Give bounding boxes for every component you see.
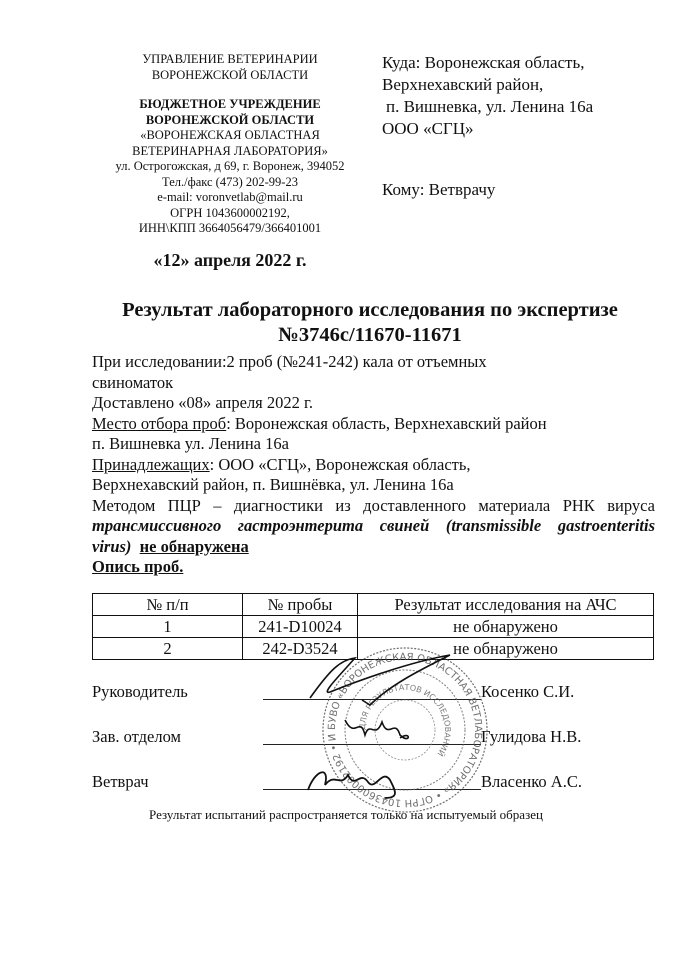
signature-role: Зав. отделом <box>92 727 181 747</box>
sender-email: e-mail: voronvetlab@mail.ru <box>80 190 380 206</box>
signature-vet-icon <box>300 760 410 800</box>
inventory-title: Опись проб. <box>92 557 655 578</box>
method-text: Методом ПЦР – диагностики из доставленно… <box>92 496 655 515</box>
document-body: При исследовании:2 проб (№241-242) кала … <box>92 352 655 578</box>
recipient-line-4: ООО «СГЦ» <box>382 118 593 140</box>
agency-line-2: ВОРОНЕЖСКОЙ ОБЛАСТИ <box>80 68 380 84</box>
signature-role: Руководитель <box>92 682 188 702</box>
recipient-whom: Кому: Ветврачу <box>382 180 495 200</box>
recipient-block: Куда: Воронежская область, Верхнехавский… <box>382 52 593 140</box>
cell-index: 2 <box>93 638 243 660</box>
owner-value-2: Верхнехавский район, п. Вишнёвка, ул. Ле… <box>92 475 454 494</box>
org-line-2: ВОРОНЕЖСКОЙ ОБЛАСТИ <box>80 113 380 129</box>
title-line-2: №3746с/11670-11671 <box>60 323 680 348</box>
header-sample-number: № пробы <box>243 594 358 616</box>
owner-label: Принадлежащих <box>92 455 210 474</box>
header-result: Результат исследования на АЧС <box>358 594 654 616</box>
document-date: «12» апреля 2022 г. <box>80 250 380 271</box>
agency-line-1: УПРАВЛЕНИЕ ВЕТЕРИНАРИИ <box>80 52 380 68</box>
org-line-3: «ВОРОНЕЖСКАЯ ОБЛАСТНАЯ <box>80 128 380 144</box>
sender-address: ул. Острогожская, д 69, г. Воронеж, 3940… <box>80 159 380 175</box>
document-title: Результат лабораторного исследования по … <box>60 298 680 348</box>
result-text: не обнаружена <box>140 537 249 556</box>
sampling-label: Место отбора проб <box>92 414 226 433</box>
method-paragraph: Методом ПЦР – диагностики из доставленно… <box>92 496 655 558</box>
signature-department-icon <box>340 710 420 750</box>
footer-disclaimer: Результат испытаний распространяется тол… <box>0 807 692 823</box>
recipient-line-2: Верхнехавский район, <box>382 74 593 96</box>
cell-result: не обнаружено <box>358 616 654 638</box>
signature-role: Ветврач <box>92 772 149 792</box>
signature-name: Косенко С.И. <box>481 682 574 702</box>
delivered-text: Доставлено «08» апреля 2022 г. <box>92 393 655 414</box>
owner: Принадлежащих: ООО «СГЦ», Воронежская об… <box>92 455 655 496</box>
title-line-1: Результат лабораторного исследования по … <box>60 298 680 323</box>
sender-phone: Тел./факс (473) 202-99-23 <box>80 175 380 191</box>
cell-index: 1 <box>93 616 243 638</box>
sender-inn-kpp: ИНН\КПП 3664056479/366401001 <box>80 221 380 237</box>
sender-ogrn: ОГРН 1043600002192, <box>80 206 380 222</box>
org-line-4: ВЕТЕРИНАРНАЯ ЛАБОРАТОРИЯ» <box>80 144 380 160</box>
signature-head-icon <box>300 650 470 710</box>
table-header-row: № п/п № пробы Результат исследования на … <box>93 594 654 616</box>
recipient-line-3: п. Вишневка, ул. Ленина 16а <box>382 96 593 118</box>
cell-sample-number: 241-D10024 <box>243 616 358 638</box>
signature-name: Власенко А.С. <box>481 772 582 792</box>
header-index: № п/п <box>93 594 243 616</box>
signature-name: Гулидова Н.В. <box>481 727 581 747</box>
sender-block: УПРАВЛЕНИЕ ВЕТЕРИНАРИИ ВОРОНЕЖСКОЙ ОБЛАС… <box>80 52 380 237</box>
sampling-place: Место отбора проб: Воронежская область, … <box>92 414 562 455</box>
table-row: 1 241-D10024 не обнаружено <box>93 616 654 638</box>
recipient-line-1: Куда: Воронежская область, <box>382 52 593 74</box>
owner-value-1: : ООО «СГЦ», Воронежская область, <box>210 455 471 474</box>
study-text: При исследовании:2 проб (№241-242) кала … <box>92 352 562 393</box>
org-line-1: БЮДЖЕТНОЕ УЧРЕЖДЕНИЕ <box>80 97 380 113</box>
